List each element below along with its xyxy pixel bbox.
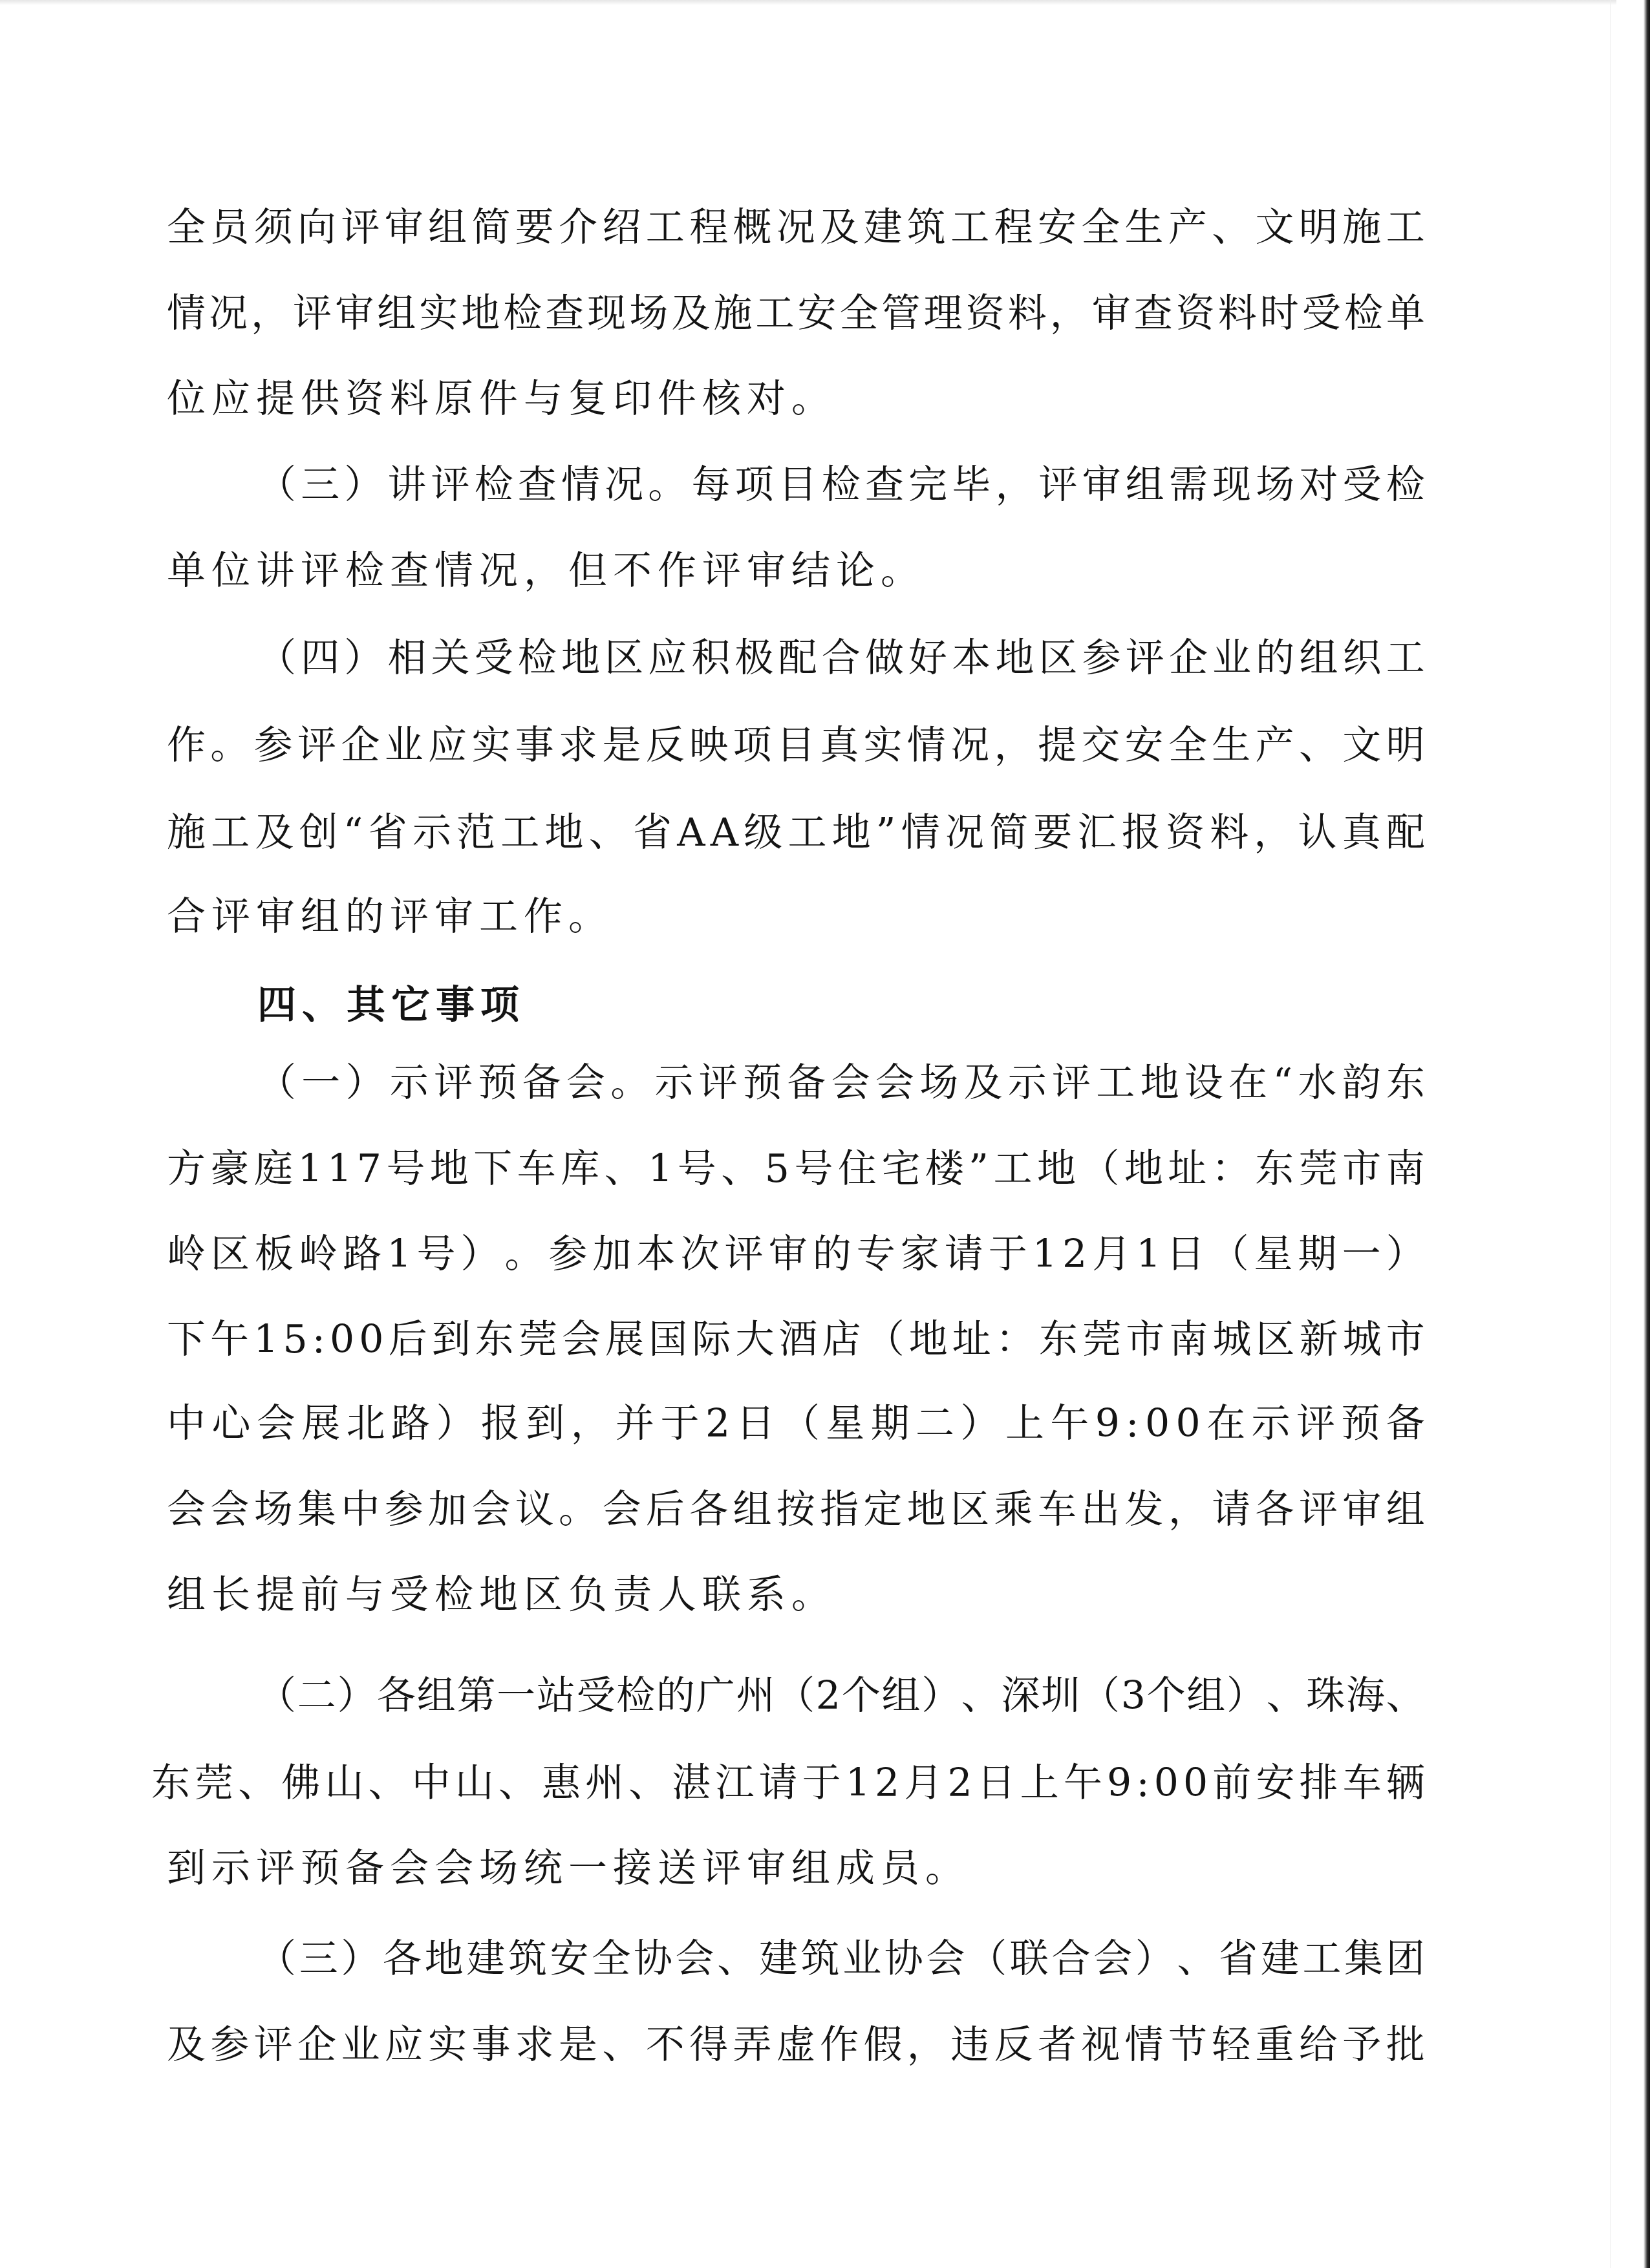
glyph: 期 [871,1398,910,1450]
glyph: 个 [1147,1670,1186,1722]
glyph: 评 [293,288,332,339]
glyph: 店 [822,1314,861,1365]
glyph: 现 [1212,459,1251,511]
glyph: 前 [1212,1757,1251,1809]
glyph: 大 [735,1314,774,1365]
glyph: 的 [813,1228,852,1280]
glyph: 1 [297,1143,322,1195]
glyph: ） [1386,1228,1425,1280]
glyph: 工 [1096,1057,1135,1109]
glyph: 路 [391,1398,430,1450]
glyph: ） [460,1228,499,1280]
glyph: 备 [522,1057,561,1109]
glyph: 安 [1256,1757,1294,1809]
glyph: 况 [945,807,984,859]
glyph: 介 [559,202,597,253]
scan-fold-line [1610,0,1611,2268]
glyph: 筑 [801,1933,840,1985]
glyph: 楼 [925,1143,964,1195]
glyph: 企 [297,2019,336,2071]
glyph: 2 [705,1398,730,1450]
glyph: 检 [616,1670,655,1722]
glyph: 检 [1386,459,1425,511]
glyph: ， [1254,807,1292,859]
glyph: 联 [1010,1933,1049,1985]
glyph: 国 [648,1314,687,1365]
text-line: （三）各地建筑安全协会、建筑业协会（联合会）、省建工集团 [257,1933,1425,1985]
glyph: 得 [689,2019,728,2071]
glyph: 明 [1386,720,1425,771]
glyph: “ [343,807,363,859]
glyph: 岭 [167,1228,206,1280]
text-line: 施工及创“省示范工地、省AA级工地”情况简要汇报资料，认真配 [167,807,1425,859]
glyph: 极 [735,632,774,684]
glyph: 场 [1256,459,1294,511]
glyph: 组 [417,1670,456,1722]
glyph: （ [781,1398,820,1450]
glyph: 海 [1346,1670,1385,1722]
glyph: 加 [428,1484,467,1535]
glyph: 受 [577,1670,616,1722]
glyph: （ [968,1933,1007,1985]
glyph: 反 [994,2019,1033,2071]
glyph: 、 [717,1933,756,1985]
glyph: 2 [875,1757,899,1809]
glyph: 施 [167,807,206,859]
glyph: 应 [648,632,687,684]
glyph: 板 [255,1228,294,1280]
glyph: 地 [832,807,871,859]
glyph: 湛 [672,1757,711,1809]
glyph: 酒 [778,1314,817,1365]
glyph: 专 [857,1228,895,1280]
glyph: 午 [210,1314,249,1365]
glyph: 、 [589,807,628,859]
glyph: 违 [950,2019,989,2071]
glyph: 是 [559,2019,597,2071]
glyph: 工 [950,202,989,253]
glyph: 明 [1299,202,1338,253]
glyph: 管 [882,288,921,339]
glyph: 概 [733,202,771,253]
glyph: 1 [387,1228,411,1280]
glyph: 1 [1033,1228,1057,1280]
glyph: 东 [475,1314,514,1365]
glyph: 实 [428,2019,467,2071]
glyph: 情 [561,459,600,511]
glyph: 各 [383,1933,422,1985]
glyph: 于 [802,1757,841,1809]
glyph: 。 [610,1057,649,1109]
glyph: 审 [1082,459,1121,511]
glyph: 全 [1168,720,1207,771]
glyph: 、 [238,1757,277,1809]
glyph: 地 [909,1314,948,1365]
glyph: 级 [744,807,782,859]
glyph: 号 [678,1143,716,1195]
glyph: 会 [562,1314,601,1365]
glyph: ） [961,1398,1000,1450]
glyph: 审 [1092,288,1131,339]
text-line: 东莞、佛山、中山、惠州、湛江请于12月2日上午9:00前安排车辆 [151,1757,1425,1809]
glyph: 单 [1386,288,1425,339]
glyph: 号 [416,1228,455,1280]
glyph: 东 [1039,1314,1078,1365]
glyph: 1 [253,1314,278,1365]
text-line: （四）相关受检地区应积极配合做好本地区参评企业的组织工 [257,632,1425,684]
glyph: 定 [864,1484,903,1535]
glyph: 南 [1169,1314,1208,1365]
glyph: 展 [301,1398,340,1450]
glyph: 广 [696,1670,735,1722]
glyph: 的 [656,1670,695,1722]
glyph: 、 [1177,1933,1216,1985]
glyph: 审 [1342,1484,1381,1535]
glyph: 、 [369,1757,407,1809]
glyph: 会 [602,1484,641,1535]
glyph: 站 [537,1670,575,1722]
glyph: 安 [797,288,836,339]
glyph: 作 [820,2019,859,2071]
glyph: 深 [1002,1670,1040,1722]
glyph: 视 [1081,2019,1120,2071]
glyph: 组 [1386,1484,1425,1535]
scan-right-edge [1644,0,1650,2268]
glyph: 州 [585,1757,624,1809]
glyph: 检 [1344,288,1383,339]
glyph: 中 [412,1757,451,1809]
glyph: : [1126,1398,1139,1450]
glyph: 州 [736,1670,775,1722]
glyph: 施 [1342,202,1381,253]
glyph: 省 [633,807,672,859]
glyph: 9 [1107,1757,1131,1809]
glyph: 展 [605,1314,644,1365]
glyph: 轻 [1212,2019,1250,2071]
glyph: : [312,1314,325,1365]
text-line: 及参评企业应实事求是、不得弄虚作假，违反者视情节轻重给予批 [167,2019,1425,2071]
glyph: 相 [387,632,426,684]
glyph: 3 [1121,1670,1146,1722]
text-line: 位应提供资料原件与复印件核对。 [167,373,1425,425]
glyph: 路 [343,1228,381,1280]
text-line: 下午15:00后到东莞会展国际大酒店（地址：东莞市南城区新城市 [167,1314,1425,1365]
glyph: 绍 [602,202,641,253]
glyph: 下 [473,1143,512,1195]
glyph: 车 [1038,1484,1077,1535]
glyph: 。 [504,1228,543,1280]
glyph: 及 [167,2019,206,2071]
glyph: 星 [826,1398,864,1450]
glyph: 场 [254,1484,293,1535]
glyph: 评 [699,1057,738,1109]
glyph: 项 [733,720,771,771]
glyph: 团 [1386,1933,1425,1985]
glyph: 安 [550,1933,589,1985]
glyph: 资 [1166,807,1205,859]
glyph: 真 [820,720,859,771]
glyph: 弄 [733,2019,771,2071]
glyph: 组 [1299,632,1338,684]
glyph: ） [344,632,383,684]
glyph: 参 [385,1484,423,1535]
glyph: 及 [820,202,859,253]
glyph: 查 [518,459,557,511]
glyph: 真 [1342,807,1381,859]
glyph: 三 [301,459,339,511]
glyph: 协 [884,1933,923,1985]
glyph: 惠 [542,1757,581,1809]
glyph: ： [996,1314,1034,1365]
glyph: ） [1227,1670,1265,1722]
glyph: 受 [1343,459,1382,511]
glyph: ， [571,1398,610,1450]
glyph: 筑 [907,202,946,253]
glyph: 0 [1183,1757,1208,1809]
section-heading: 四、其它事项 [257,979,1425,1031]
glyph: 理 [924,288,963,339]
glyph: 乘 [994,1484,1033,1535]
glyph: 况 [777,202,815,253]
glyph: 每 [691,459,730,511]
glyph: 场 [919,1057,958,1109]
glyph: 会 [875,1057,914,1109]
glyph: 节 [1168,2019,1207,2071]
glyph: 评 [725,1228,764,1280]
glyph: 上 [1005,1398,1044,1450]
glyph: 协 [634,1933,672,1985]
glyph: 到 [526,1398,564,1450]
glyph: 示 [1008,1057,1047,1109]
glyph: 莞 [195,1757,233,1809]
text-line: 组长提前与受检地区负责人联系。 [167,1569,1425,1621]
glyph: 备 [1386,1398,1425,1450]
glyph: 上 [1020,1757,1059,1809]
glyph: 目 [777,720,815,771]
glyph: 、 [961,1670,1000,1722]
glyph: ） [346,1057,385,1109]
glyph: 重 [1256,2019,1294,2071]
glyph: 设 [1184,1057,1223,1109]
glyph: 、 [1212,202,1250,253]
glyph: 1 [327,1143,352,1195]
glyph: 心 [211,1398,250,1450]
glyph: 交 [1081,720,1120,771]
glyph: 月 [904,1757,943,1809]
glyph: 各 [689,1484,728,1535]
glyph: 城 [1343,1314,1382,1365]
glyph: 到 [432,1314,471,1365]
glyph: 检 [822,459,861,511]
glyph: 事 [515,720,554,771]
glyph: 完 [908,459,947,511]
glyph: 积 [691,632,730,684]
glyph: 佛 [281,1757,320,1809]
glyph: 提 [1038,720,1077,771]
glyph: 审 [335,288,374,339]
glyph: 求 [559,720,597,771]
glyph: （ [257,1933,296,1985]
glyph: 实 [471,720,510,771]
glyph: 于 [989,1228,1027,1280]
glyph: 中 [341,1484,380,1535]
glyph: 省 [1219,1933,1258,1985]
glyph: 备 [787,1057,826,1109]
glyph: 住 [838,1143,877,1195]
glyph: 组 [1186,1670,1225,1722]
glyph: 况 [605,459,643,511]
glyph: 审 [769,1228,808,1280]
glyph: 。 [210,720,249,771]
text-line: 到示评预备会会场统一接送评审组成员。 [167,1843,1425,1894]
glyph: 市 [1342,1143,1381,1195]
glyph: 虚 [777,2019,815,2071]
glyph: 筑 [508,1933,547,1985]
glyph: （ [257,1057,296,1109]
glyph: 合 [1051,1933,1090,1985]
glyph: ） [436,1398,475,1450]
glyph: 各 [377,1670,416,1722]
glyph: 给 [1299,2019,1338,2071]
glyph: 的 [1256,632,1294,684]
glyph: 组 [377,288,416,339]
glyph: 四 [301,632,339,684]
glyph: 资 [966,288,1005,339]
glyph: 事 [471,2019,510,2071]
glyph: 车 [517,1143,556,1195]
glyph: 0 [1145,1398,1170,1450]
glyph: 示 [390,1057,429,1109]
glyph: ） [344,459,383,511]
glyph: ， [907,2019,946,2071]
glyph: ， [1168,1484,1207,1535]
glyph: 莞 [1299,1143,1338,1195]
glyph: 集 [297,1484,336,1535]
glyph: 日 [1166,1228,1205,1280]
glyph: 星 [1254,1228,1293,1280]
glyph: 。 [648,459,687,511]
glyph: 城 [1212,1314,1251,1365]
glyph: 会 [566,1057,605,1109]
glyph: 及 [671,288,710,339]
glyph: 会 [471,1484,510,1535]
glyph: 情 [907,720,946,771]
text-line: 单位讲评检查情况，但不作评审结论。 [167,545,1425,597]
glyph: A [677,807,705,859]
glyph: 预 [1341,1398,1380,1450]
glyph: 后 [646,1484,685,1535]
glyph: 珠 [1306,1670,1345,1722]
glyph: ” [969,1143,989,1195]
glyph: 二 [297,1670,336,1722]
glyph: 地 [430,1143,469,1195]
glyph: 料 [1210,807,1248,859]
glyph: 2 [947,1757,972,1809]
glyph: 评 [1126,632,1164,684]
glyph: 文 [1342,720,1381,771]
glyph: 圳 [1041,1670,1080,1722]
glyph: 全 [592,1933,630,1985]
glyph: 地 [907,1484,946,1535]
glyph: 会 [257,1398,295,1450]
glyph: 一 [497,1670,535,1722]
glyph: 业 [341,2019,380,2071]
glyph: 水 [1298,1057,1336,1109]
glyph: 1 [846,1757,870,1809]
glyph: 地 [545,807,584,859]
glyph: 在 [1206,1398,1245,1450]
glyph: 本 [952,632,991,684]
glyph: 示 [655,1057,694,1109]
glyph: 午 [1064,1757,1102,1809]
glyph: 出 [1081,1484,1120,1535]
glyph: 7 [357,1143,381,1195]
glyph: 莞 [519,1314,557,1365]
glyph: （ [866,1314,905,1365]
glyph: 、 [602,2019,641,2071]
text-line: 全员须向评审组简要介绍工程概况及建筑工程安全生产、文明施工 [167,202,1425,253]
glyph: 各 [1256,1484,1294,1535]
glyph: 应 [385,2019,423,2071]
glyph: 料 [1008,288,1047,339]
glyph: 需 [1169,459,1208,511]
glyph: 日 [977,1757,1016,1809]
glyph: 一 [1342,1228,1381,1280]
glyph: 工 [755,288,794,339]
glyph: 对 [1299,459,1338,511]
glyph: 生 [1125,202,1164,253]
glyph: 第 [457,1670,496,1722]
glyph: 情 [901,807,940,859]
glyph: 区 [1039,632,1078,684]
glyph: 工 [211,807,250,859]
glyph: 工 [993,1143,1032,1195]
glyph: 参 [1082,632,1121,684]
glyph: 查 [1134,288,1173,339]
glyph: 东 [151,1757,190,1809]
text-line: 合评审组的评审工作。 [167,891,1425,943]
glyph: 情 [1125,2019,1164,2071]
glyph: 二 [916,1398,954,1450]
glyph: 会 [210,1484,249,1535]
text-line: 情况，评审组实地检查现场及施工安全管理资料，审查资料时受检单 [167,288,1425,339]
glyph: 请 [759,1757,798,1809]
glyph: 5 [765,1143,789,1195]
glyph: 家 [901,1228,939,1280]
glyph: 应 [428,720,467,771]
glyph: 0 [1154,1757,1179,1809]
glyph: 省 [369,807,407,859]
glyph: 2 [816,1670,841,1722]
glyph: 发 [1125,1484,1164,1535]
glyph: 预 [743,1057,782,1109]
glyph: 际 [692,1314,731,1365]
glyph: 评 [1299,1484,1338,1535]
glyph: 市 [1126,1314,1164,1365]
glyph: 工 [1386,632,1425,684]
glyph: 予 [1342,2019,1381,2071]
glyph: 合 [822,632,861,684]
glyph: 配 [778,632,817,684]
glyph: 企 [1169,632,1208,684]
glyph: 辆 [1386,1757,1425,1809]
glyph: 岭 [299,1228,337,1280]
glyph: 批 [1386,2019,1425,2071]
text-line: 会会场集中参加会议。会后各组按指定地区乘车出发，请各评审组 [167,1484,1425,1535]
glyph: 地 [995,632,1034,684]
glyph: 在 [1228,1057,1267,1109]
glyph: 日 [736,1398,775,1450]
